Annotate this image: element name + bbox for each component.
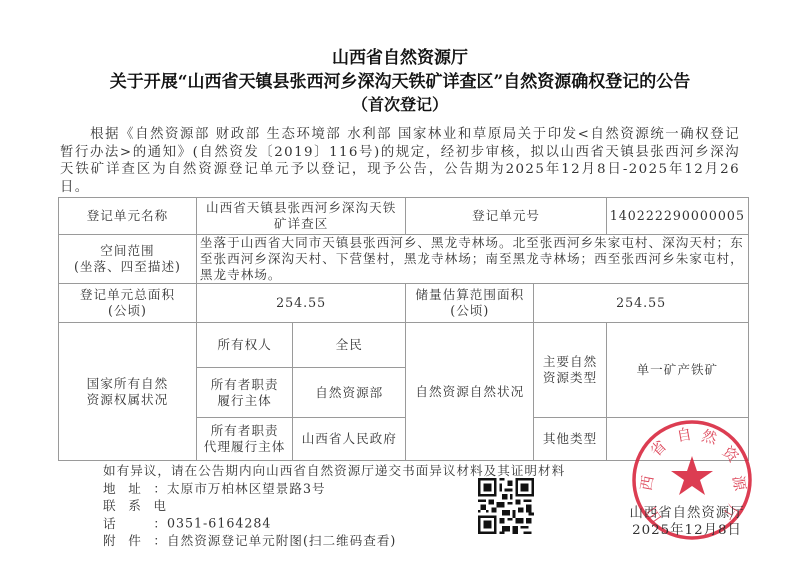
agent-label-line2: 代理履行主体	[200, 439, 289, 455]
agent-label: 所有者职责代理履行主体	[196, 418, 292, 461]
total-area-label: 登记单元总面积(公顷)	[59, 284, 197, 323]
reserve-area-value: 254.55	[534, 284, 749, 323]
scope-label: 空间范围(坐落、四至描述)	[59, 235, 197, 284]
address-value: 太原市万柏林区望景路3号	[167, 481, 326, 496]
reserve-area-label-line1: 储量估算范围面积	[409, 287, 530, 303]
agent-value: 山西省人民政府	[293, 418, 406, 461]
total-area-label-line1: 登记单元总面积	[62, 287, 193, 303]
unit-no-label: 登记单元号	[406, 198, 606, 235]
duty-label-line1: 所有者职责	[200, 377, 289, 393]
total-area-value: 254.55	[196, 284, 405, 323]
duty-label-line2: 履行主体	[200, 393, 289, 409]
svg-text:西: 西	[637, 474, 657, 492]
attachment-value: 自然资源登记单元附图(扫二维码查看)	[167, 533, 396, 548]
body-paragraph: 根据《自然资源部 财政部 生态环境部 水利部 国家林业和草原局关于印发<自然资源…	[60, 127, 740, 195]
owner-label: 所有权人	[196, 323, 292, 368]
main-type-label-line2: 资源类型	[537, 370, 602, 386]
reserve-area-label-line2: (公顷)	[409, 303, 530, 319]
ownership-label-line2: 资源权属状况	[62, 392, 193, 408]
unit-name-value: 山西省天镇县张西河乡深沟天铁矿详查区	[196, 198, 405, 235]
attachment-line: 附件：自然资源登记单元附图(扫二维码查看)	[103, 532, 565, 550]
nature-label: 自然资源自然状况	[406, 323, 534, 461]
issuer-title: 山西省自然资源厅	[0, 43, 800, 68]
ownership-label: 国家所有自然资源权属状况	[59, 323, 197, 461]
announcement-title: 关于开展“山西省天镇县张西河乡深沟天铁矿详查区”自然资源确权登记的公告	[0, 67, 800, 92]
scope-label-line2: (坐落、四至描述)	[62, 259, 193, 275]
main-type-value: 单一矿产铁矿	[606, 323, 748, 418]
announcement-body: 根据《自然资源部 财政部 生态环境部 水利部 国家林业和草原局关于印发<自然资源…	[60, 126, 740, 196]
objection-line: 如有异议，请在公告期内向山西省自然资源厅递交书面异议材料及其证明材料	[103, 462, 565, 480]
main-type-label-line1: 主要自然	[537, 354, 602, 370]
star-icon	[671, 456, 713, 495]
qr-code-icon[interactable]	[478, 478, 534, 534]
signature-block: 山西省自然资源厅 2025年12月8日	[612, 505, 762, 539]
unit-no-value: 140222290000005	[606, 198, 748, 235]
scope-label-line1: 空间范围	[62, 243, 193, 259]
svg-text:源: 源	[729, 474, 750, 493]
owner-value: 全民	[293, 323, 406, 368]
other-type-label: 其他类型	[534, 418, 606, 461]
duty-value: 自然资源部	[293, 368, 406, 418]
address-label: 地址：	[103, 480, 167, 498]
total-area-label-line2: (公顷)	[62, 303, 193, 319]
ownership-label-line1: 国家所有自然	[62, 376, 193, 392]
announcement-subtitle: （首次登记）	[0, 92, 800, 115]
attachment-label: 附件：	[103, 532, 167, 550]
unit-name-label: 登记单元名称	[59, 198, 197, 235]
svg-text:自: 自	[675, 425, 693, 445]
phone-label: 联系电话：	[103, 497, 167, 532]
scope-value: 坐落于山西省大同市天镇县张西河乡、黑龙寺林场。北至张西河乡朱家屯村、深沟天村；东…	[196, 235, 748, 284]
signature-date: 2025年12月8日	[612, 522, 762, 539]
duty-label: 所有者职责履行主体	[196, 368, 292, 418]
main-type-label: 主要自然资源类型	[534, 323, 606, 418]
phone-value: 0351-6164284	[167, 516, 271, 531]
signature-org: 山西省自然资源厅	[612, 505, 762, 522]
agent-label-line1: 所有者职责	[200, 423, 289, 439]
reserve-area-label: 储量估算范围面积(公顷)	[406, 284, 534, 323]
svg-text:然: 然	[700, 427, 720, 449]
